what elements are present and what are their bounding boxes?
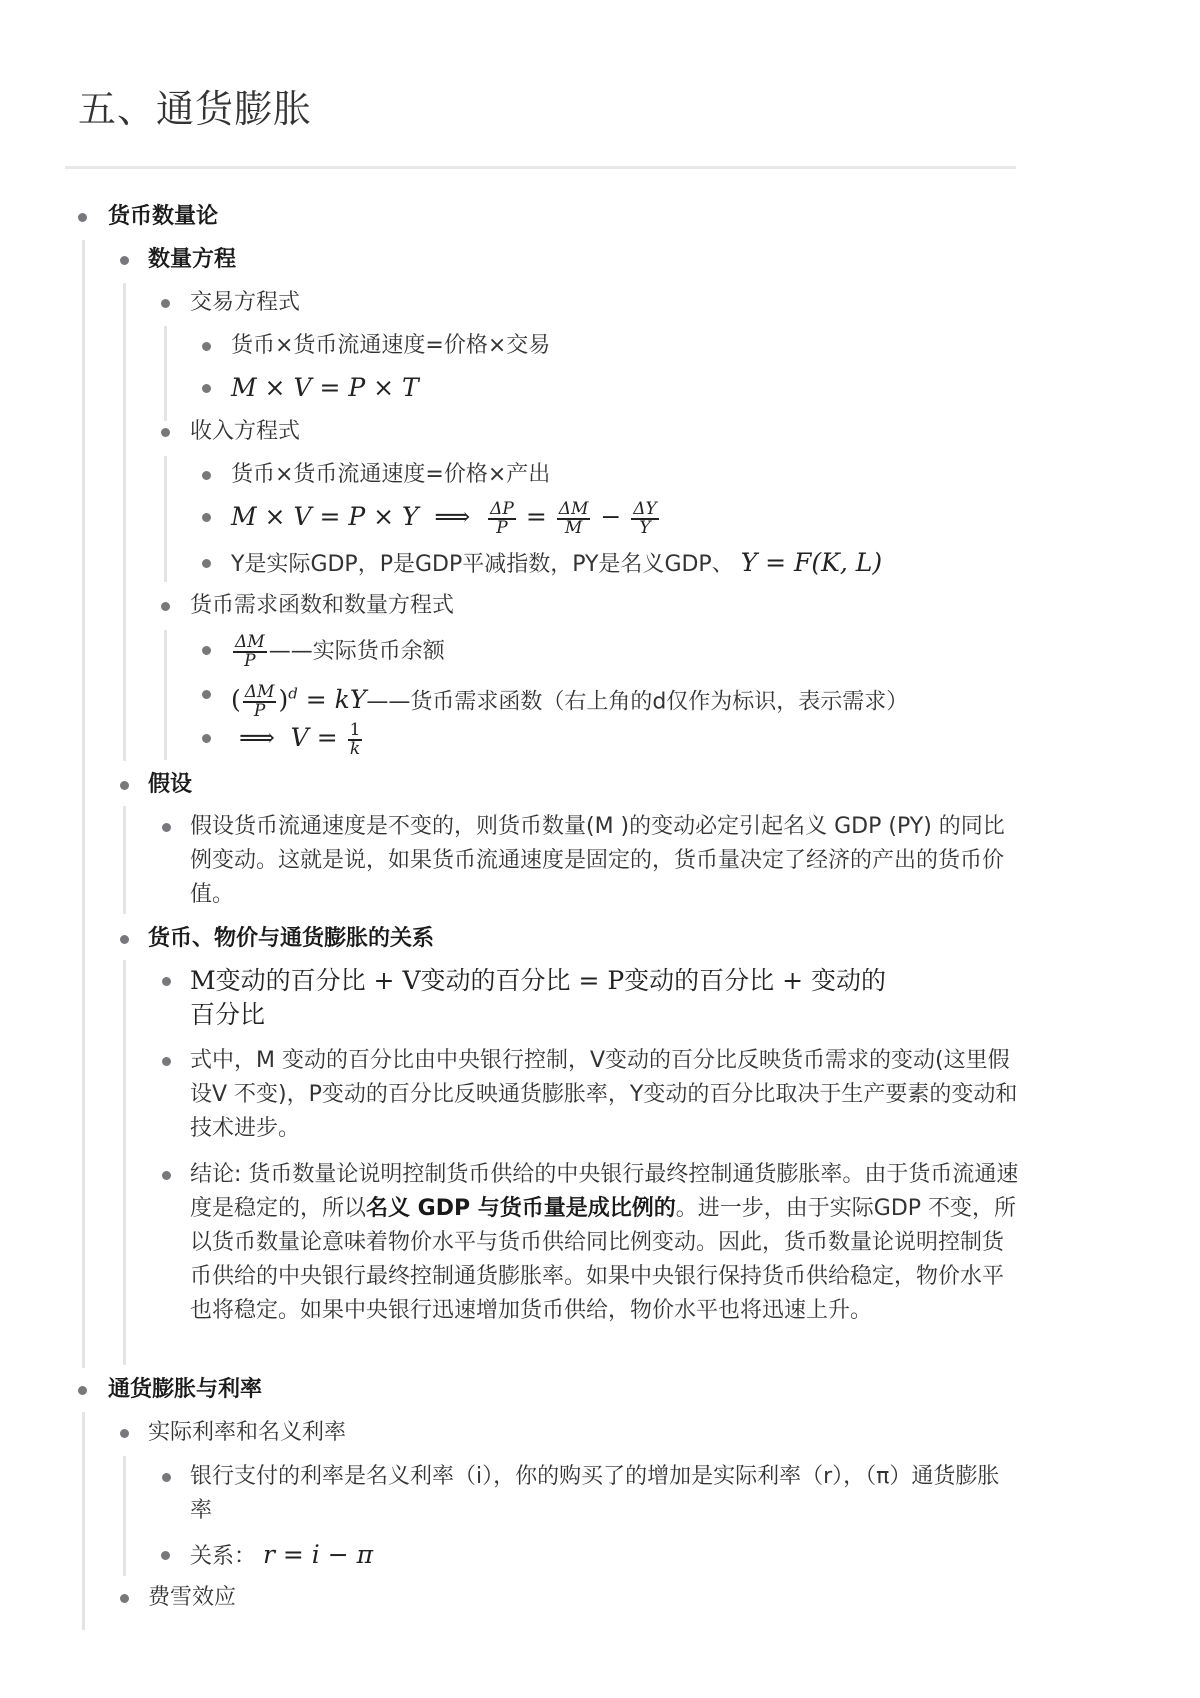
- bullet-icon: [120, 256, 129, 265]
- guide-line-level3-demand: [164, 630, 167, 760]
- heading-relation: 货币、物价与通货膨胀的关系: [148, 926, 434, 951]
- bullet-icon: [202, 471, 211, 480]
- label-transaction: 交易方程式: [190, 290, 300, 315]
- heading-inflation-interest: 通货膨胀与利率: [108, 1377, 262, 1402]
- guide-line-level2-real-nominal: [123, 1456, 126, 1576]
- list-item-equation: 数量方程: [120, 243, 236, 277]
- text: 关系：: [190, 1544, 256, 1569]
- list-item: ⟹ V = 1k: [202, 721, 364, 758]
- text: ——货币需求函数（右上角的d仅作为标识，表示需求）: [366, 689, 908, 714]
- list-item: (ΔMP)d = kY——货币需求函数（右上角的d仅作为标识，表示需求）: [202, 677, 908, 720]
- guide-line-level3-income: [164, 456, 167, 582]
- bullet-icon: [120, 1429, 129, 1438]
- bullet-icon: [161, 1551, 170, 1560]
- formula-transaction: M × V = P × T: [231, 373, 419, 402]
- guide-line-level2-assumption: [123, 806, 126, 914]
- heading-assumption: 假设: [148, 772, 192, 797]
- paragraph-relation-formula: M变动的百分比 + V变动的百分比 = P变动的百分比 + 变动的百分比: [190, 964, 890, 1032]
- bullet-icon: [162, 1057, 171, 1066]
- heading-equation: 数量方程: [148, 247, 236, 272]
- bullet-icon: [162, 1171, 171, 1180]
- bullet-icon: [202, 342, 211, 351]
- formula-velocity: ⟹ V = 1k: [231, 723, 364, 752]
- guide-line-level2-relation: [123, 960, 126, 1365]
- bullet-icon: [161, 299, 170, 308]
- list-item: 关系： r = i − π: [161, 1538, 373, 1574]
- bullet-icon: [120, 1594, 129, 1603]
- formula-real-balance: ΔMP: [231, 635, 269, 664]
- paragraph-relation-explain: 式中，M 变动的百分比由中央银行控制，V变动的百分比反映货币需求的变动(这里假设…: [190, 1044, 1020, 1146]
- text: ——实际货币余额: [269, 639, 445, 664]
- list-item-income: 收入方程式: [161, 415, 300, 449]
- bullet-icon: [162, 823, 171, 832]
- text: 假设货币流通速度是不变的，则货币数量(M )的变动必定引起名义 GDP (PY)…: [190, 814, 1005, 907]
- text: 式中，M 变动的百分比由中央银行控制，V变动的百分比反映货币需求的变动(这里假设…: [190, 1048, 1017, 1141]
- list-item: 货币×货币流通速度=价格×产出: [202, 458, 550, 492]
- list-item: ΔMP——实际货币余额: [202, 633, 445, 670]
- formula-money-demand: (ΔMP)d = kY: [231, 685, 366, 714]
- bullet-icon: [162, 977, 171, 986]
- document-page: 五、通货膨胀 货币数量论 数量方程 交易方程式 货币×货币流通速度=价格×交易 …: [0, 0, 1200, 1698]
- text: 货币×货币流通速度=价格×交易: [231, 333, 550, 358]
- list-item-inflation-interest: 通货膨胀与利率: [78, 1373, 262, 1407]
- bullet-icon: [202, 734, 211, 743]
- title-divider: [65, 166, 1016, 169]
- label-income: 收入方程式: [190, 419, 300, 444]
- bullet-icon: [161, 602, 170, 611]
- bullet-icon: [78, 1386, 87, 1395]
- bullet-icon: [202, 513, 211, 522]
- formula-income: M × V = P × Y ⟹ ΔPP = ΔMM − ΔYY: [231, 502, 661, 531]
- guide-line-level1: [82, 240, 85, 1368]
- bullet-icon: [120, 781, 129, 790]
- list-item: Y是实际GDP，P是GDP平减指数，PY是名义GDP、 Y = F(K, L): [202, 546, 882, 582]
- text: 银行支付的利率是名义利率（i），你的购买了的增加是实际利率（r），（π）通货膨胀…: [190, 1464, 999, 1523]
- list-item-transaction: 交易方程式: [161, 286, 300, 320]
- bullet-icon: [202, 384, 211, 393]
- label-demand: 货币需求函数和数量方程式: [190, 593, 454, 618]
- text: 货币×货币流通速度=价格×产出: [231, 462, 550, 487]
- list-item-real-nominal: 实际利率和名义利率: [120, 1416, 346, 1450]
- bullet-icon: [78, 213, 87, 222]
- list-item: 货币×货币流通速度=价格×交易: [202, 329, 550, 363]
- list-item-quantity-theory: 货币数量论: [78, 200, 218, 234]
- guide-line-level1-inflation: [82, 1412, 85, 1630]
- text: Y是实际GDP，P是GDP平减指数，PY是名义GDP、: [231, 552, 734, 577]
- paragraph-conclusion: 结论: 货币数量论说明控制货币供给的中央银行最终控制通货膨胀率。由于货币流通速度…: [190, 1158, 1020, 1328]
- list-item-fisher: 费雪效应: [120, 1581, 236, 1615]
- formula-fisher: r = i − π: [263, 1540, 373, 1569]
- page-title: 五、通货膨胀: [78, 78, 312, 133]
- label-fisher: 费雪效应: [148, 1585, 236, 1610]
- guide-line-level2-equation: [123, 283, 126, 761]
- formula-percent-change: M变动的百分比 + V变动的百分比 = P变动的百分比 + 变动的百分比: [190, 966, 886, 1029]
- formula-production: Y = F(K, L): [741, 548, 882, 577]
- bullet-icon: [202, 690, 211, 699]
- list-item-assumption: 假设: [120, 768, 192, 802]
- paragraph-interest-definition: 银行支付的利率是名义利率（i），你的购买了的增加是实际利率（r），（π）通货膨胀…: [190, 1460, 1020, 1528]
- guide-line-level3-transaction: [164, 326, 167, 421]
- label-real-nominal: 实际利率和名义利率: [148, 1420, 346, 1445]
- list-item: M × V = P × T: [202, 371, 419, 407]
- emphasis-text: 名义 GDP 与货币量是成比例的: [366, 1196, 676, 1221]
- paragraph-assumption: 假设货币流通速度是不变的，则货币数量(M )的变动必定引起名义 GDP (PY)…: [190, 810, 1020, 912]
- list-item-demand: 货币需求函数和数量方程式: [161, 589, 454, 623]
- heading-quantity-theory: 货币数量论: [108, 204, 218, 229]
- bullet-icon: [202, 646, 211, 655]
- list-item-relation: 货币、物价与通货膨胀的关系: [120, 922, 434, 956]
- bullet-icon: [202, 559, 211, 568]
- bullet-icon: [120, 935, 129, 944]
- bullet-icon: [161, 428, 170, 437]
- list-item: M × V = P × Y ⟹ ΔPP = ΔMM − ΔYY: [202, 500, 661, 537]
- bullet-icon: [162, 1473, 171, 1482]
